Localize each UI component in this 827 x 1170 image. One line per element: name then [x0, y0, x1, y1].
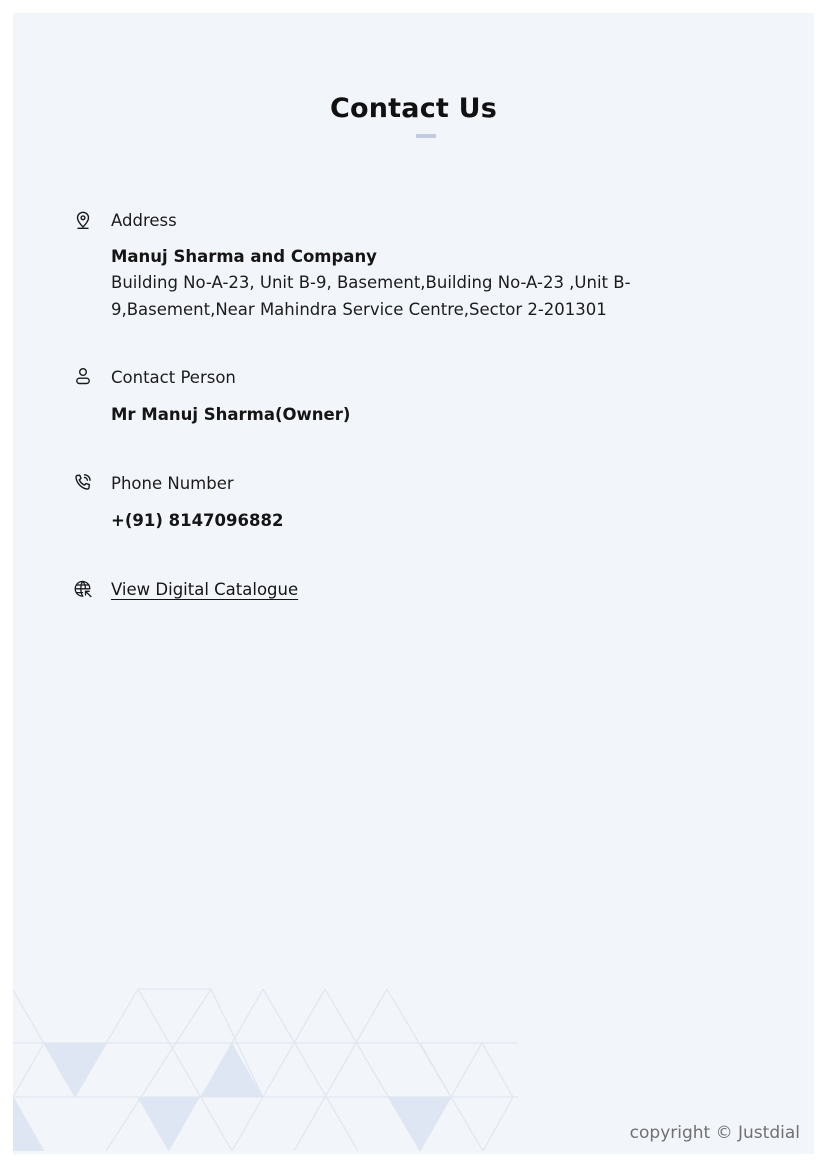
address-text: Building No-A-23, Unit B-9, Basement,Bui…: [111, 269, 631, 323]
company-name: Manuj Sharma and Company: [111, 247, 377, 266]
phone-label: Phone Number: [111, 474, 234, 493]
phone-call-icon: [73, 472, 95, 494]
map-pin-icon: [73, 210, 95, 232]
phone-number[interactable]: +(91) 8147096882: [111, 511, 283, 530]
contact-person-name: Mr Manuj Sharma(Owner): [111, 405, 350, 424]
triangle-pattern-decoration: [13, 984, 533, 1154]
title-underline-accent: [416, 134, 436, 138]
address-label: Address: [111, 211, 177, 230]
user-icon: [73, 366, 95, 388]
view-digital-catalogue-link[interactable]: View Digital Catalogue: [111, 580, 298, 599]
contact-person-label: Contact Person: [111, 368, 236, 387]
page-title: Contact Us: [13, 93, 814, 124]
globe-cursor-icon: [73, 579, 95, 601]
contact-page: Contact Us Address Manuj Sharma and Comp…: [13, 13, 814, 1154]
copyright-text: copyright © Justdial: [630, 1123, 800, 1143]
